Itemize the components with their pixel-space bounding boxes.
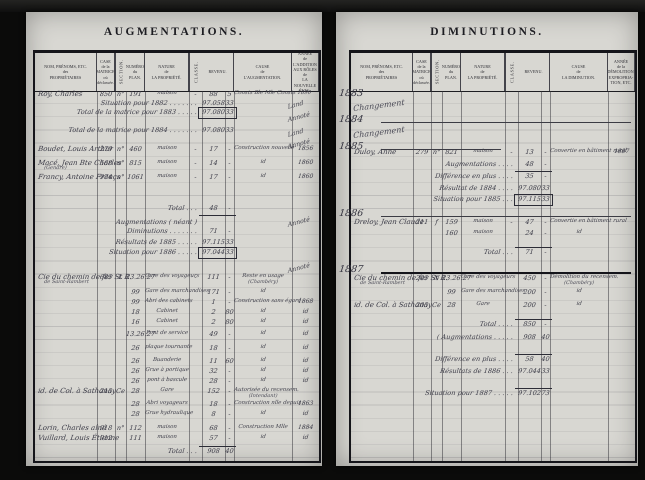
- cell-case: 211: [413, 219, 432, 226]
- cell-cause: id: [234, 160, 293, 165]
- cell-nature: Abri des cabinets: [145, 299, 190, 304]
- cell-classe: -: [189, 160, 203, 167]
- page-title-augmentations: AUGMENTATIONS.: [26, 26, 322, 38]
- cell-plan: 26: [126, 358, 146, 365]
- cell-nature: maison: [145, 425, 190, 430]
- cell-plan: 460: [126, 146, 146, 153]
- sum-label: Diminutions . . . . . . .: [35, 228, 198, 235]
- cell-rev: 48: [202, 205, 226, 212]
- total-box: [198, 247, 237, 259]
- augmentations-table-body: Roy, Charles850n°191maison-885Consts Ble…: [35, 91, 319, 461]
- sum-rule: [199, 446, 236, 447]
- year-heading: 1883: [338, 89, 363, 99]
- cell-cause: id: [234, 368, 293, 373]
- cell-plan: 160: [442, 230, 462, 237]
- cell-cause: Convertie en bâtiment rural: [550, 219, 609, 224]
- cell-cause: id: [234, 309, 293, 314]
- cell-name: id. de Col. à Sathonay: [35, 388, 101, 395]
- sum-label: Augmentations ( néant ): [35, 219, 198, 226]
- sum-label: Résultats de 1886 . . .: [351, 368, 514, 375]
- cell-annee: id: [292, 378, 320, 384]
- cell-rev: 97.102: [518, 390, 542, 397]
- cell-cause: id: [550, 302, 609, 307]
- col-header-classe: CLASSE.: [189, 53, 202, 91]
- year-rule: [381, 122, 631, 123]
- cell-cents: 33: [225, 127, 235, 134]
- sum-label: Total de la matrice pour 1884 . . . . . …: [35, 127, 198, 134]
- cell-classe: -: [189, 91, 203, 98]
- sum-rule: [515, 247, 552, 248]
- cell-annee: id: [292, 331, 320, 337]
- cell-cause: Convertie en bâtiment rural: [550, 149, 609, 154]
- cell-plan: 191: [126, 91, 146, 98]
- margin-word: Changement: [353, 126, 404, 140]
- cell-case: 205: [413, 302, 432, 309]
- cell-rev: 850: [518, 321, 542, 328]
- col-header-annee: ANNÉE de L'ADDITION AUX RÔLES de LA NOUV…: [292, 53, 319, 91]
- col-header-nature: NATURE de LA PROPRIÉTÉ.: [461, 53, 505, 91]
- cell-rev: 200: [518, 302, 542, 309]
- cell-plan: 26: [126, 345, 146, 352]
- sum-rule: [515, 388, 552, 389]
- cell-rev: 11: [202, 358, 226, 365]
- cell-rev: 97.080: [202, 127, 226, 134]
- sum-label: Résultat de 1884 . . . .: [351, 185, 514, 192]
- cell-rev: 18: [202, 401, 226, 408]
- col-header-annee: ANNÉE de la DÉMOLITION, EXPROPRIA- TION,…: [608, 53, 635, 91]
- cell-annee: 1860: [292, 160, 320, 166]
- page-augmentations: AUGMENTATIONS. NOM, PRÉNOMS, ETC. des PR…: [26, 12, 322, 466]
- sum-label: Total de la matrice pour 1883 . . . . .: [35, 109, 198, 116]
- cell-annee: 1884: [292, 425, 320, 431]
- cell-nature: Pont de service: [145, 331, 190, 336]
- cell-rev: 152: [202, 388, 226, 395]
- cell-cents: 33: [541, 185, 551, 192]
- cell-nature: maison: [461, 230, 506, 235]
- cell-plan: 815: [126, 160, 146, 167]
- cell-plan: 821: [442, 149, 462, 156]
- cell-nature: maison: [145, 174, 190, 179]
- cell-rev: 32: [202, 368, 226, 375]
- cell-cause: id: [550, 230, 609, 235]
- cell-rev: 97.115: [202, 239, 226, 246]
- cell-classe: -: [505, 219, 519, 226]
- sum-label: Total . . .: [35, 448, 198, 455]
- cell-cents: 33: [225, 100, 235, 107]
- cell-name-line2: de Saint-Rambert: [41, 280, 101, 285]
- cell-cause-line2: (Intendant): [234, 394, 293, 399]
- sum-label: ( Augmentations . . . . .: [351, 334, 514, 341]
- total-box: [514, 194, 553, 206]
- sum-rule: [515, 354, 552, 355]
- cell-plan: 23.26.27: [442, 275, 462, 282]
- margin-word: Changement: [353, 99, 404, 113]
- cell-rev: 1: [202, 299, 226, 306]
- cell-case: 279: [413, 149, 432, 156]
- cell-cents: -: [225, 228, 235, 235]
- cell-rev: 48: [518, 161, 542, 168]
- cell-plan: 159: [442, 219, 462, 226]
- cell-name-line2: (Gendre): [41, 166, 101, 171]
- cell-nature: Cabinet: [145, 309, 190, 314]
- cell-nature: maison: [145, 91, 190, 96]
- cell-plan: 111: [126, 435, 146, 442]
- cell-rev: 200: [518, 289, 542, 296]
- cell-cents: -: [541, 249, 551, 256]
- cell-cause: id: [550, 289, 609, 294]
- cell-plan: 18: [126, 309, 146, 316]
- cell-name: Roy, Charles: [35, 91, 101, 98]
- col-header-plan: NUMÉRO du PLAN.: [126, 53, 145, 91]
- cell-annee: id: [292, 411, 320, 417]
- cell-nature: pont à bascule: [145, 378, 190, 383]
- cell-rev: 68: [202, 425, 226, 432]
- cell-annee: 1863: [292, 401, 320, 407]
- cell-name-line2: de Saint-Rambert: [357, 281, 417, 286]
- cell-nature: maison: [461, 149, 506, 154]
- col-header-classe: CLASSE.: [505, 53, 518, 91]
- cell-rev: 71: [518, 249, 542, 256]
- cell-nature: Buanderie: [145, 358, 190, 363]
- cell-rev: 2: [202, 309, 226, 316]
- cell-plan: 28: [442, 302, 462, 309]
- cell-nature: maison: [145, 146, 190, 151]
- cell-plan: 28: [126, 401, 146, 408]
- cell-cause: Consts Ble Mle Consts 1890: [234, 91, 293, 96]
- cell-case: 215: [97, 388, 116, 395]
- col-header-name: NOM, PRÉNOMS, ETC. des PROPRIÉTAIRES: [351, 53, 413, 91]
- cell-cause: id: [234, 289, 293, 294]
- cell-nature: plaque tournante: [145, 345, 190, 350]
- cell-rev: 13: [518, 149, 542, 156]
- cell-plan: 23.26.27: [126, 274, 146, 281]
- cell-rev: 24: [518, 230, 542, 237]
- cell-rev: 2: [202, 319, 226, 326]
- cell-rev: 111: [202, 274, 226, 281]
- col-header-cause: CAUSE de L'AUGMENTATION.: [234, 53, 292, 91]
- cell-cents: 40: [541, 356, 551, 363]
- col-header-nature: NATURE de LA PROPRIÉTÉ.: [145, 53, 189, 91]
- cell-classe: -: [189, 274, 203, 281]
- cell-nature: Gare: [145, 388, 190, 393]
- cell-plan: 99: [442, 289, 462, 296]
- cell-nature: Grue hydraulique: [145, 411, 190, 416]
- cell-nature: maison: [145, 435, 190, 440]
- cell-cause: id: [234, 358, 293, 363]
- cell-rev: 17: [202, 146, 226, 153]
- col-header-rev: REVENU.: [202, 53, 234, 91]
- page-diminutions: DIMINUTIONS. NOM, PRÉNOMS, ETC. des PROP…: [336, 12, 638, 466]
- diminutions-table: NOM, PRÉNOMS, ETC. des PROPRIÉTAIRESCASE…: [349, 50, 637, 463]
- cell-annee: 1860: [292, 174, 320, 180]
- cell-cents: -: [225, 205, 235, 212]
- ledger-scan: AUGMENTATIONS. NOM, PRÉNOMS, ETC. des PR…: [0, 0, 645, 480]
- cell-cause-line2: (Chambéry): [550, 281, 609, 286]
- cell-case: 918: [97, 425, 116, 432]
- col-header-cause: CAUSE de LA DIMINUTION.: [550, 53, 608, 91]
- cell-cents: 33: [541, 368, 551, 375]
- cell-rev: 171: [202, 289, 226, 296]
- cell-cause: Construction nouvelle: [234, 146, 293, 151]
- cell-nature: Abri voyageurs: [145, 401, 190, 406]
- year-heading: 1884: [338, 115, 363, 125]
- cell-plan: 26: [126, 378, 146, 385]
- cell-classe: -: [505, 149, 519, 156]
- cell-rev: 14: [202, 160, 226, 167]
- sum-label: Résultats de 1885 . . . . .: [35, 239, 198, 246]
- cell-plan: 99: [126, 299, 146, 306]
- cell-cents: 33: [225, 239, 235, 246]
- sum-label: Total . . .: [35, 205, 198, 212]
- cell-annee: id: [292, 345, 320, 351]
- cell-cents: -: [541, 321, 551, 328]
- cell-nature: Gare: [461, 302, 506, 307]
- cell-rev: 58: [518, 356, 542, 363]
- cell-nature: Gare des voyageurs: [145, 274, 190, 279]
- cell-cause: id: [234, 331, 293, 336]
- sum-label: Situation pour 1882 . . . . . . .: [35, 100, 198, 107]
- sum-label: Situation pour 1885 . . .: [351, 196, 514, 203]
- sum-rule: [199, 215, 236, 216]
- cell-rev: 908: [202, 448, 226, 455]
- cell-nature: Gare des marchandises: [461, 289, 506, 294]
- cell-rev: 908: [518, 334, 542, 341]
- total-box: [198, 107, 237, 119]
- cell-plan: 16: [126, 319, 146, 326]
- cell-rev: 8: [202, 411, 226, 418]
- cell-annee: id: [292, 358, 320, 364]
- cell-plan: 26: [126, 368, 146, 375]
- cell-annee: id: [292, 309, 320, 315]
- cell-annee: id: [292, 435, 320, 441]
- cell-rev: 28: [202, 378, 226, 385]
- cell-rev: 88: [202, 91, 226, 98]
- cell-nature: Gare des voyageurs: [461, 275, 506, 280]
- year-rule: [381, 216, 631, 217]
- sum-label: Total . . .: [351, 249, 514, 256]
- cell-cause: id: [234, 435, 293, 440]
- sum-rule: [515, 319, 552, 320]
- cell-name: Dreloy, Jean Claude: [351, 219, 417, 226]
- cell-plan: 99: [126, 289, 146, 296]
- sum-label: Situation pour 1887 . . . . .: [351, 390, 514, 397]
- cell-cause: id: [234, 345, 293, 350]
- col-header-case: CASE de la MATRICE où déclassée.: [97, 53, 115, 91]
- cell-cause: Construction Mlle: [234, 425, 293, 430]
- page-title-diminutions: DIMINUTIONS.: [336, 26, 638, 38]
- cell-rev: 71: [202, 228, 226, 235]
- cell-cause: Construction sans égard: [234, 299, 293, 304]
- cell-cause: id: [234, 378, 293, 383]
- cell-plan: 28: [126, 388, 146, 395]
- cell-nature: maison: [145, 160, 190, 165]
- cell-rev: 17: [202, 174, 226, 181]
- col-header-rev: REVENU.: [518, 53, 550, 91]
- cell-cents: 40: [225, 448, 235, 455]
- cell-cause-line2: (Chambéry): [234, 280, 293, 285]
- cell-nature: maison: [461, 219, 506, 224]
- cell-rev: 450: [518, 275, 542, 282]
- cell-rev: 57: [202, 435, 226, 442]
- augmentations-table-header: NOM, PRÉNOMS, ETC. des PROPRIÉTAIRESCASE…: [35, 53, 319, 92]
- cell-plan: 112: [126, 425, 146, 432]
- cell-cause: id: [234, 411, 293, 416]
- cell-annee: 1856: [292, 146, 320, 152]
- cell-name: Francy, Antoine Françs: [35, 174, 101, 181]
- cell-cents: 40: [541, 334, 551, 341]
- cell-rev: 18: [202, 345, 226, 352]
- sum-label: Situation pour 1886 . . . . .: [35, 249, 198, 256]
- col-header-name: NOM, PRÉNOMS, ETC. des PROPRIÉTAIRES: [35, 53, 97, 91]
- cell-rev: 35: [518, 173, 542, 180]
- cell-rev: 97.044: [518, 368, 542, 375]
- cell-annee: id: [292, 368, 320, 374]
- cell-rev: 49: [202, 331, 226, 338]
- cell-cents: -: [541, 173, 551, 180]
- cell-case: 850: [97, 91, 116, 98]
- cell-case: 974: [97, 174, 116, 181]
- cell-nature: Grue à portique: [145, 368, 190, 373]
- cell-plan: 28: [126, 411, 146, 418]
- cell-classe: -: [189, 174, 203, 181]
- cell-cause: id: [234, 319, 293, 324]
- cell-cents: -: [541, 161, 551, 168]
- cell-case: 912: [97, 435, 116, 442]
- cell-nature: Gare des marchandises: [145, 289, 190, 294]
- col-header-sec: SECTION.: [115, 53, 126, 91]
- sum-label: Différence en plus . . . .: [351, 173, 514, 180]
- cell-name: Vuillard, Louis Étienne: [35, 435, 101, 442]
- cell-name: Boudet, Louis Arthur: [35, 146, 101, 153]
- cell-classe: -: [189, 146, 203, 153]
- cell-rev: 47: [518, 219, 542, 226]
- cell-plan: 13.26.27: [126, 331, 146, 338]
- cell-rev: 97.080: [518, 185, 542, 192]
- cell-case: 279: [97, 146, 116, 153]
- cell-cause: id: [234, 174, 293, 179]
- cell-annee: 1887: [608, 149, 636, 155]
- cell-name: id. de Col. à Sathonay: [351, 302, 417, 309]
- cell-cents: 73: [541, 390, 551, 397]
- sum-label: Augmentations . . . .: [351, 161, 514, 168]
- cell-annee: 1868: [292, 299, 320, 305]
- sum-label: Différence en plus . . . .: [351, 356, 514, 363]
- augmentations-table: NOM, PRÉNOMS, ETC. des PROPRIÉTAIRESCASE…: [33, 50, 321, 463]
- diminutions-table-header: NOM, PRÉNOMS, ETC. des PROPRIÉTAIRESCASE…: [351, 53, 635, 92]
- cell-plan: 1061: [126, 174, 146, 181]
- diminutions-table-body: 1883Changement1884Changement1885Duloy, A…: [351, 91, 635, 461]
- cell-name: Lorin, Charles aîné: [35, 425, 101, 432]
- col-header-case: CASE de la MATRICE où déclassée.: [413, 53, 431, 91]
- cell-annee: id: [292, 319, 320, 325]
- cell-nature: Cabinet: [145, 319, 190, 324]
- col-header-sec: SECTION.: [431, 53, 442, 91]
- col-header-plan: NUMÉRO du PLAN.: [442, 53, 461, 91]
- sum-label: Total . . . .: [351, 321, 514, 328]
- cell-name: Duloy, Anne: [351, 149, 417, 156]
- cell-cause: Construction nlle depuis: [234, 401, 293, 406]
- cell-rev: 97.058: [202, 100, 226, 107]
